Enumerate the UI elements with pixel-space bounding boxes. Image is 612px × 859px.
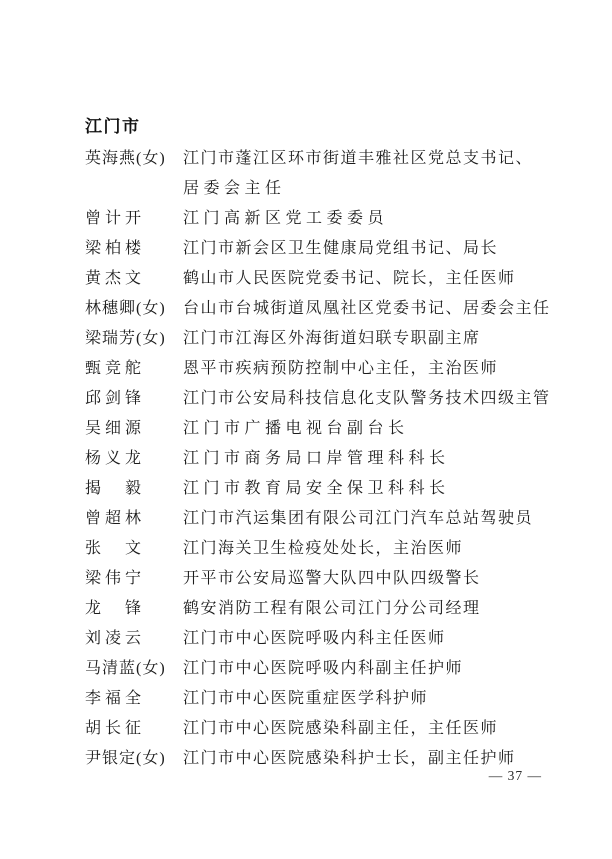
honoree-name: 揭 毅 <box>85 474 183 504</box>
honoree-row: 梁柏楼江门市新会区卫生健康局党组书记、局长 <box>85 234 545 264</box>
honoree-name: 张 文 <box>85 534 183 564</box>
honoree-row: 甄竞舵恩平市疾病预防控制中心主任，主治医师 <box>85 354 545 384</box>
honoree-title-line: 开平市公安局巡警大队四中队四级警长 <box>183 564 545 594</box>
honoree-title-line: 江门市中心医院感染科副主任，主任医师 <box>183 714 545 744</box>
honoree-row: 尹银定(女)江门市中心医院感染科护士长，副主任护师 <box>85 744 545 774</box>
honoree-title-line: 江门市广播电视台副台长 <box>183 414 545 444</box>
honoree-name: 吴细源 <box>85 414 183 444</box>
honoree-name: 黄杰文 <box>85 264 183 294</box>
honoree-name: 梁柏楼 <box>85 234 183 264</box>
honoree-title-line: 鹤山市人民医院党委书记、院长，主任医师 <box>183 264 545 294</box>
honoree-title: 江门市广播电视台副台长 <box>183 414 545 444</box>
honoree-name: 甄竞舵 <box>85 354 183 384</box>
honoree-name: 邱剑锋 <box>85 384 183 414</box>
honoree-row: 黄杰文鹤山市人民医院党委书记、院长，主任医师 <box>85 264 545 294</box>
honoree-row: 胡长征江门市中心医院感染科副主任，主任医师 <box>85 714 545 744</box>
honoree-title-line: 江门市公安局科技信息化支队警务技术四级主管 <box>183 384 551 414</box>
honoree-name: 曾超林 <box>85 504 183 534</box>
honoree-name: 梁伟宁 <box>85 564 183 594</box>
honoree-title-line: 江门市商务局口岸管理科科长 <box>183 444 545 474</box>
honoree-name: 尹银定(女) <box>85 744 183 774</box>
honoree-title-line: 恩平市疾病预防控制中心主任，主治医师 <box>183 354 545 384</box>
honoree-name: 胡长征 <box>85 714 183 744</box>
honoree-title: 鹤山市人民医院党委书记、院长，主任医师 <box>183 264 545 294</box>
honoree-row: 马清蓝(女)江门市中心医院呼吸内科副主任护师 <box>85 654 545 684</box>
honoree-name: 曾计开 <box>85 204 183 234</box>
honoree-title-line: 江门市中心医院呼吸内科主任医师 <box>183 624 545 654</box>
honoree-title: 江门市新会区卫生健康局党组书记、局长 <box>183 234 545 264</box>
honoree-title-line: 江门市新会区卫生健康局党组书记、局长 <box>183 234 545 264</box>
honoree-title-line: 江门市中心医院呼吸内科副主任护师 <box>183 654 545 684</box>
honoree-title: 江门市中心医院感染科副主任，主任医师 <box>183 714 545 744</box>
honoree-row: 曾超林江门市汽运集团有限公司江门汽车总站驾驶员 <box>85 504 545 534</box>
honoree-title-line: 江门市中心医院重症医学科护师 <box>183 684 545 714</box>
honoree-row: 邱剑锋江门市公安局科技信息化支队警务技术四级主管 <box>85 384 545 414</box>
honoree-name: 龙 锋 <box>85 594 183 624</box>
honoree-title: 开平市公安局巡警大队四中队四级警长 <box>183 564 545 594</box>
honoree-title: 江门市蓬江区环市街道丰雅社区党总支书记、居委会主任 <box>183 144 545 204</box>
honoree-row: 吴细源江门市广播电视台副台长 <box>85 414 545 444</box>
honoree-title-line: 江门海关卫生检疫处处长，主治医师 <box>183 534 545 564</box>
document-content: 江门市 英海燕(女)江门市蓬江区环市街道丰雅社区党总支书记、居委会主任曾计开江门… <box>85 116 545 774</box>
honoree-row: 李福全江门市中心医院重症医学科护师 <box>85 684 545 714</box>
honoree-title: 台山市台城街道凤凰社区党委书记、居委会主任 <box>183 294 551 324</box>
honoree-row: 龙 锋鹤安消防工程有限公司江门分公司经理 <box>85 594 545 624</box>
honoree-title-line: 鹤安消防工程有限公司江门分公司经理 <box>183 594 545 624</box>
honoree-title: 江门市中心医院重症医学科护师 <box>183 684 545 714</box>
honoree-name: 杨义龙 <box>85 444 183 474</box>
honoree-title: 江门市商务局口岸管理科科长 <box>183 444 545 474</box>
honoree-name: 林穗卿(女) <box>85 294 183 324</box>
honoree-name: 梁瑞芳(女) <box>85 324 183 354</box>
honoree-title-line: 江门市汽运集团有限公司江门汽车总站驾驶员 <box>183 504 545 534</box>
honoree-row: 杨义龙江门市商务局口岸管理科科长 <box>85 444 545 474</box>
honoree-title-line: 江门市江海区外海街道妇联专职副主席 <box>183 324 545 354</box>
honoree-name: 刘凌云 <box>85 624 183 654</box>
honoree-title-line: 江门高新区党工委委员 <box>183 204 545 234</box>
honoree-row: 揭 毅江门市教育局安全保卫科科长 <box>85 474 545 504</box>
honoree-name: 马清蓝(女) <box>85 654 183 684</box>
honoree-title: 鹤安消防工程有限公司江门分公司经理 <box>183 594 545 624</box>
honoree-row: 梁瑞芳(女)江门市江海区外海街道妇联专职副主席 <box>85 324 545 354</box>
honoree-title: 江门市汽运集团有限公司江门汽车总站驾驶员 <box>183 504 545 534</box>
honoree-title: 江门高新区党工委委员 <box>183 204 545 234</box>
city-section-heading: 江门市 <box>85 116 545 138</box>
honoree-row: 梁伟宁开平市公安局巡警大队四中队四级警长 <box>85 564 545 594</box>
honoree-row: 张 文江门海关卫生检疫处处长，主治医师 <box>85 534 545 564</box>
honoree-title: 江门市中心医院呼吸内科主任医师 <box>183 624 545 654</box>
honoree-title: 恩平市疾病预防控制中心主任，主治医师 <box>183 354 545 384</box>
page-number: — 37 — <box>489 768 542 784</box>
honoree-title-line: 江门市蓬江区环市街道丰雅社区党总支书记、 <box>183 144 545 174</box>
honoree-row: 曾计开江门高新区党工委委员 <box>85 204 545 234</box>
honoree-title: 江门市教育局安全保卫科科长 <box>183 474 545 504</box>
honoree-row: 英海燕(女)江门市蓬江区环市街道丰雅社区党总支书记、居委会主任 <box>85 144 545 204</box>
honoree-title: 江门市公安局科技信息化支队警务技术四级主管 <box>183 384 551 414</box>
honoree-title: 江门海关卫生检疫处处长，主治医师 <box>183 534 545 564</box>
honoree-title-line: 江门市教育局安全保卫科科长 <box>183 474 545 504</box>
honoree-title: 江门市江海区外海街道妇联专职副主席 <box>183 324 545 354</box>
honoree-row: 林穗卿(女)台山市台城街道凤凰社区党委书记、居委会主任 <box>85 294 545 324</box>
honoree-name: 英海燕(女) <box>85 144 183 174</box>
honoree-list: 英海燕(女)江门市蓬江区环市街道丰雅社区党总支书记、居委会主任曾计开江门高新区党… <box>85 144 545 774</box>
honoree-name: 李福全 <box>85 684 183 714</box>
honoree-title: 江门市中心医院呼吸内科副主任护师 <box>183 654 545 684</box>
document-page: 江门市 英海燕(女)江门市蓬江区环市街道丰雅社区党总支书记、居委会主任曾计开江门… <box>0 0 612 859</box>
honoree-title-line: 台山市台城街道凤凰社区党委书记、居委会主任 <box>183 294 551 324</box>
honoree-row: 刘凌云江门市中心医院呼吸内科主任医师 <box>85 624 545 654</box>
honoree-title-line: 居委会主任 <box>183 174 545 204</box>
